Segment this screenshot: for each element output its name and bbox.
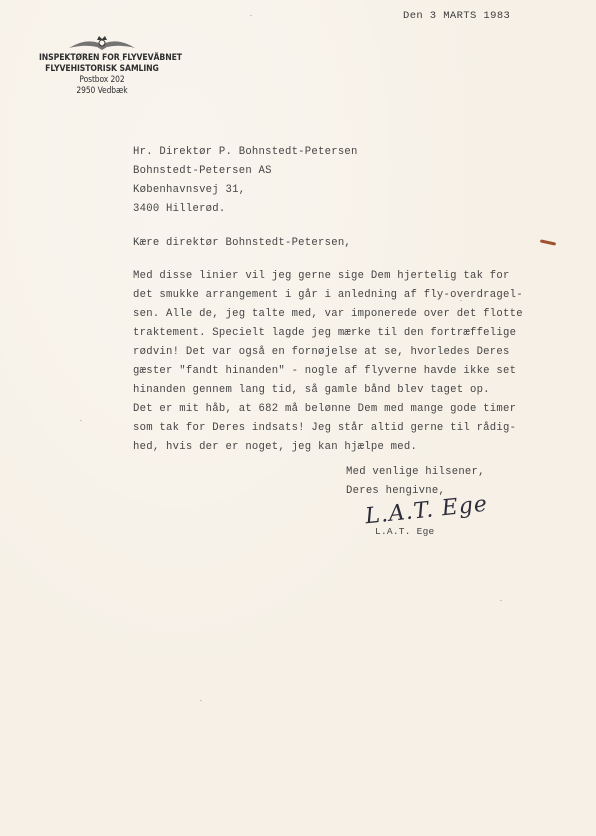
letterhead-org-line-1: INSPEKTØREN FOR FLYVEVÅBNET <box>39 53 165 64</box>
paper-speck <box>460 300 462 301</box>
letterhead-city: 2950 Vedbæk <box>39 85 165 96</box>
winged-crown-emblem-icon <box>67 34 137 52</box>
handwritten-signature: L.A.T. Ege <box>364 492 489 530</box>
body-line: Det er mit håb, at 682 må belønne Dem me… <box>133 403 516 415</box>
red-ink-mark <box>540 239 556 245</box>
body-line: hed, hvis der er noget, jeg kan hjælpe m… <box>133 441 417 453</box>
letterhead: INSPEKTØREN FOR FLYVEVÅBNET FLYVEHISTORI… <box>32 34 172 95</box>
letterhead-postbox: Postbox 202 <box>39 74 165 85</box>
body-line: sen. Alle de, jeg talte med, var imponer… <box>133 308 523 320</box>
body-line: traktement. Specielt lagde jeg mærke til… <box>133 327 516 339</box>
recipient-street: Københavnsvej 31, <box>133 184 245 196</box>
body-line: gæster "fandt hinanden" - nogle af flyve… <box>133 365 516 377</box>
body-line: som tak for Deres indsats! Jeg står alti… <box>133 422 516 434</box>
typed-signatory-name: L.A.T. Ege <box>375 526 435 537</box>
body-line: Med disse linier vil jeg gerne sige Dem … <box>133 270 510 282</box>
recipient-company: Bohnstedt-Petersen AS <box>133 165 272 177</box>
body-line: det smukke arrangement i går i anledning… <box>133 289 523 301</box>
letterhead-org-line-2: FLYVEHISTORISK SAMLING <box>39 64 165 75</box>
recipient-city: 3400 Hillerød. <box>133 203 226 215</box>
closing-line: Deres hengivne, <box>346 485 445 497</box>
salutation: Kære direktør Bohnstedt-Petersen, <box>133 237 351 249</box>
paper-speck <box>500 600 502 601</box>
recipient-name: Hr. Direktør P. Bohnstedt-Petersen <box>133 146 358 158</box>
closing-line: Med venlige hilsener, <box>346 466 485 478</box>
letter-page: INSPEKTØREN FOR FLYVEVÅBNET FLYVEHISTORI… <box>0 0 596 836</box>
paper-speck <box>250 15 252 16</box>
paper-speck <box>80 420 82 421</box>
paper-speck <box>120 60 122 61</box>
body-line: rødvin! Det var også en fornøjelse at se… <box>133 346 510 358</box>
paper-speck <box>200 700 202 701</box>
letter-date: Den 3 MARTS 1983 <box>403 10 510 22</box>
body-line: hinanden gennem lang tid, så gamle bånd … <box>133 384 490 396</box>
